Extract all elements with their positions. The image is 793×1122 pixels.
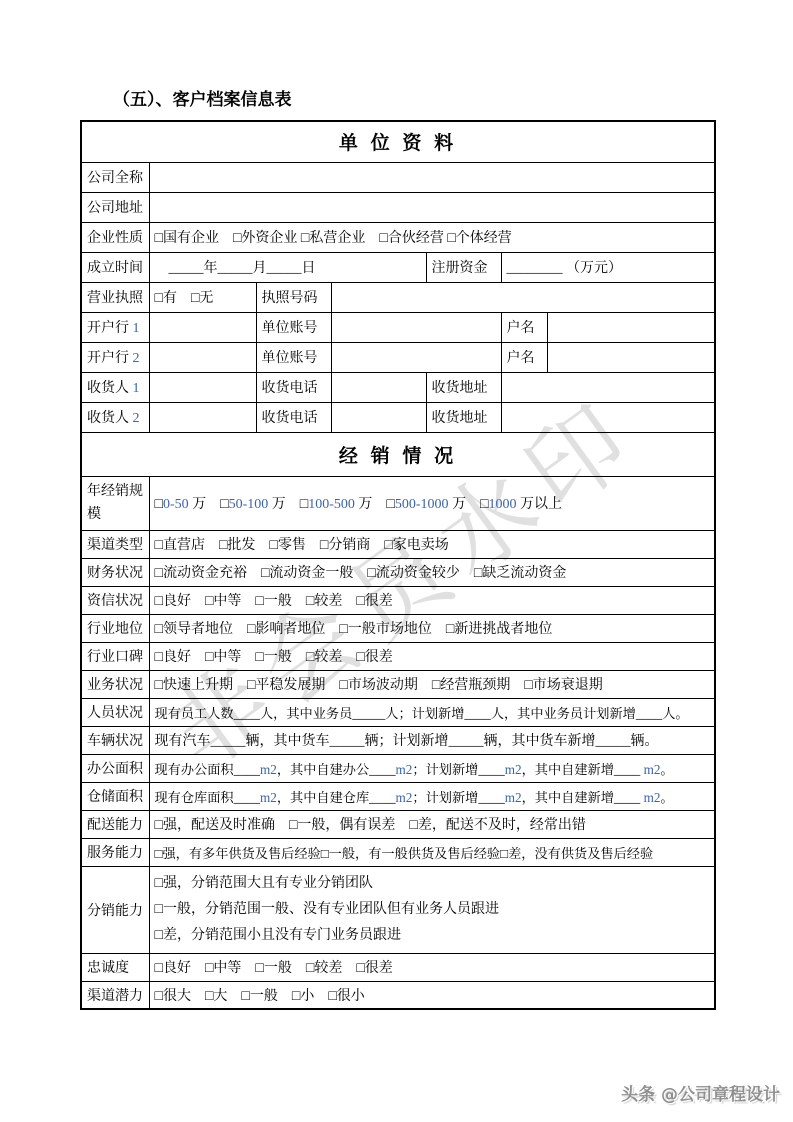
enterprise-nature-options: □国有企业 □外资企业 □私营企业 □合伙经营 □个体经营	[149, 222, 715, 252]
business-status-options: □快速上升期 □平稳发展期 □市场波动期 □经营瓶颈期 □市场衰退期	[149, 670, 715, 698]
loyalty-options: □良好 □中等 □一般 □较差 □很差	[149, 953, 715, 981]
table-row-consignee-1: 收货人 1 收货电话 收货地址	[81, 372, 715, 402]
table-row-staff-status: 人员状况 现有员工人数____人，其中业务员_____人；计划新增____人，其…	[81, 698, 715, 726]
loyalty-label: 忠诚度	[81, 953, 149, 981]
consignee-1-address-label: 收货地址	[426, 372, 501, 402]
credit-status-options: □良好 □中等 □一般 □较差 □很差	[149, 586, 715, 614]
bank-2-blank	[149, 342, 256, 372]
industry-reputation-options: □良好 □中等 □一般 □较差 □很差	[149, 642, 715, 670]
consignee-2-label: 收货人 2	[81, 402, 149, 432]
bank-1-blank	[149, 312, 256, 342]
table-row-distribution-ability: 分销能力 □强，分销范围大且有专业分销团队 □一般，分销范围一般、没有专业团队但…	[81, 866, 715, 953]
vehicle-status-blanks: 现有汽车_____辆，其中货车_____辆；计划新增_____辆，其中货车新增_…	[149, 726, 715, 754]
business-status-label: 业务状况	[81, 670, 149, 698]
founded-date-blank: _____年_____月_____日	[149, 252, 426, 282]
bank-2-label: 开户行 2	[81, 342, 149, 372]
table-row-business-license: 营业执照 □有 □无 执照号码	[81, 282, 715, 312]
channel-potential-options: □很大 □大 □一般 □小 □很小	[149, 981, 715, 1009]
table-row-office-area: 办公面积 现有办公面积____m2，其中自建办公____m2；计划新增____m…	[81, 754, 715, 782]
table-row-warehouse-area: 仓储面积 现有仓库面积____m2，其中自建仓库____m2；计划新增____m…	[81, 782, 715, 810]
consignee-2-phone-blank	[331, 402, 426, 432]
office-area-label: 办公面积	[81, 754, 149, 782]
table-row-founded-date: 成立时间 _____年_____月_____日 注册资金 ________ （万…	[81, 252, 715, 282]
distribution-option-weak: □差，分销范围小且没有专门业务员跟进	[155, 923, 710, 949]
staff-status-label: 人员状况	[81, 698, 149, 726]
table-row-credit-status: 资信状况 □良好 □中等 □一般 □较差 □很差	[81, 586, 715, 614]
footer-credit: 头条 @公司章程设计	[621, 1080, 780, 1105]
distribution-ability-options: □强，分销范围大且有专业分销团队 □一般，分销范围一般、没有专业团队但有业务人员…	[149, 866, 715, 953]
finance-status-options: □流动资金充裕 □流动资金一般 □流动资金较少 □缺乏流动资金	[149, 558, 715, 586]
bank-2-account-blank	[331, 342, 501, 372]
warehouse-area-blanks: 现有仓库面积____m2，其中自建仓库____m2；计划新增____m2，其中自…	[149, 782, 715, 810]
vehicle-status-label: 车辆状况	[81, 726, 149, 754]
document-page: 非会员水印 （五）、客户档案信息表 单 位 资 料 公司全称 公司地址 企业性质…	[0, 0, 793, 1122]
section-header-row-unit-info: 单 位 资 料	[81, 121, 715, 162]
table-row-company-address: 公司地址	[81, 192, 715, 222]
consignee-2-phone-label: 收货电话	[256, 402, 331, 432]
business-license-options: □有 □无	[149, 282, 256, 312]
consignee-2-blank	[149, 402, 256, 432]
consignee-1-phone-label: 收货电话	[256, 372, 331, 402]
table-row-industry-position: 行业地位 □领导者地位 □影响者地位 □一般市场地位 □新进挑战者地位	[81, 614, 715, 642]
warehouse-area-label: 仓储面积	[81, 782, 149, 810]
industry-position-options: □领导者地位 □影响者地位 □一般市场地位 □新进挑战者地位	[149, 614, 715, 642]
consignee-1-label: 收货人 1	[81, 372, 149, 402]
delivery-ability-options: □强，配送及时准确 □一般，偶有误差 □差，配送不及时，经常出错	[149, 810, 715, 838]
registered-capital-blank: ________ （万元）	[501, 252, 715, 282]
business-license-label: 营业执照	[81, 282, 149, 312]
table-row-bank-2: 开户行 2 单位账号 户名	[81, 342, 715, 372]
table-row-bank-1: 开户行 1 单位账号 户名	[81, 312, 715, 342]
table-row-finance-status: 财务状况 □流动资金充裕 □流动资金一般 □流动资金较少 □缺乏流动资金	[81, 558, 715, 586]
credit-status-label: 资信状况	[81, 586, 149, 614]
service-ability-label: 服务能力	[81, 838, 149, 866]
consignee-1-phone-blank	[331, 372, 426, 402]
distribution-option-average: □一般，分销范围一般、没有专业团队但有业务人员跟进	[155, 897, 710, 923]
bank-2-holder-blank	[547, 342, 715, 372]
table-row-loyalty: 忠诚度 □良好 □中等 □一般 □较差 □很差	[81, 953, 715, 981]
annual-scale-label: 年经销规模	[81, 476, 149, 530]
consignee-1-blank	[149, 372, 256, 402]
consignee-1-address-blank	[501, 372, 715, 402]
bank-2-account-label: 单位账号	[256, 342, 331, 372]
staff-status-blanks: 现有员工人数____人，其中业务员_____人；计划新增____人，其中业务员计…	[149, 698, 715, 726]
channel-type-label: 渠道类型	[81, 530, 149, 558]
table-row-business-status: 业务状况 □快速上升期 □平稳发展期 □市场波动期 □经营瓶颈期 □市场衰退期	[81, 670, 715, 698]
distribution-option-strong: □强，分销范围大且有专业分销团队	[155, 871, 710, 897]
distribution-header: 经 销 情 况	[81, 432, 715, 476]
table-row-channel-type: 渠道类型 □直营店 □批发 □零售 □分销商 □家电卖场	[81, 530, 715, 558]
consignee-2-address-label: 收货地址	[426, 402, 501, 432]
channel-potential-label: 渠道潜力	[81, 981, 149, 1009]
office-area-blanks: 现有办公面积____m2，其中自建办公____m2；计划新增____m2，其中自…	[149, 754, 715, 782]
service-ability-options: □强，有多年供货及售后经验□一般，有一般供货及售后经验□差，没有供货及售后经验	[149, 838, 715, 866]
table-row-industry-reputation: 行业口碑 □良好 □中等 □一般 □较差 □很差	[81, 642, 715, 670]
page-title: （五）、客户档案信息表	[113, 85, 292, 110]
table-row-annual-scale: 年经销规模 □0-50 万 □50-100 万 □100-500 万 □500-…	[81, 476, 715, 530]
industry-reputation-label: 行业口碑	[81, 642, 149, 670]
industry-position-label: 行业地位	[81, 614, 149, 642]
license-number-label: 执照号码	[256, 282, 331, 312]
annual-scale-options: □0-50 万 □50-100 万 □100-500 万 □500-1000 万…	[149, 476, 715, 530]
unit-info-header: 单 位 资 料	[81, 121, 715, 162]
table-row-delivery-ability: 配送能力 □强，配送及时准确 □一般，偶有误差 □差，配送不及时，经常出错	[81, 810, 715, 838]
founded-date-label: 成立时间	[81, 252, 149, 282]
bank-1-holder-label: 户名	[501, 312, 547, 342]
table-row-vehicle-status: 车辆状况 现有汽车_____辆，其中货车_____辆；计划新增_____辆，其中…	[81, 726, 715, 754]
bank-1-account-blank	[331, 312, 501, 342]
consignee-2-address-blank	[501, 402, 715, 432]
table-row-service-ability: 服务能力 □强，有多年供货及售后经验□一般，有一般供货及售后经验□差，没有供货及…	[81, 838, 715, 866]
enterprise-nature-label: 企业性质	[81, 222, 149, 252]
customer-profile-table: 单 位 资 料 公司全称 公司地址 企业性质 □国有企业 □外资企业 □私营企业…	[80, 120, 716, 1010]
delivery-ability-label: 配送能力	[81, 810, 149, 838]
registered-capital-label: 注册资金	[426, 252, 501, 282]
table-row-enterprise-nature: 企业性质 □国有企业 □外资企业 □私营企业 □合伙经营 □个体经营	[81, 222, 715, 252]
bank-1-label: 开户行 1	[81, 312, 149, 342]
license-number-blank	[331, 282, 715, 312]
company-name-blank	[149, 162, 715, 192]
channel-type-options: □直营店 □批发 □零售 □分销商 □家电卖场	[149, 530, 715, 558]
bank-1-holder-blank	[547, 312, 715, 342]
bank-1-account-label: 单位账号	[256, 312, 331, 342]
company-address-label: 公司地址	[81, 192, 149, 222]
company-address-blank	[149, 192, 715, 222]
bank-2-holder-label: 户名	[501, 342, 547, 372]
section-header-row-distribution: 经 销 情 况	[81, 432, 715, 476]
table-row-consignee-2: 收货人 2 收货电话 收货地址	[81, 402, 715, 432]
table-row-channel-potential: 渠道潜力 □很大 □大 □一般 □小 □很小	[81, 981, 715, 1009]
table-row-company-name: 公司全称	[81, 162, 715, 192]
company-name-label: 公司全称	[81, 162, 149, 192]
distribution-ability-label: 分销能力	[81, 866, 149, 953]
finance-status-label: 财务状况	[81, 558, 149, 586]
